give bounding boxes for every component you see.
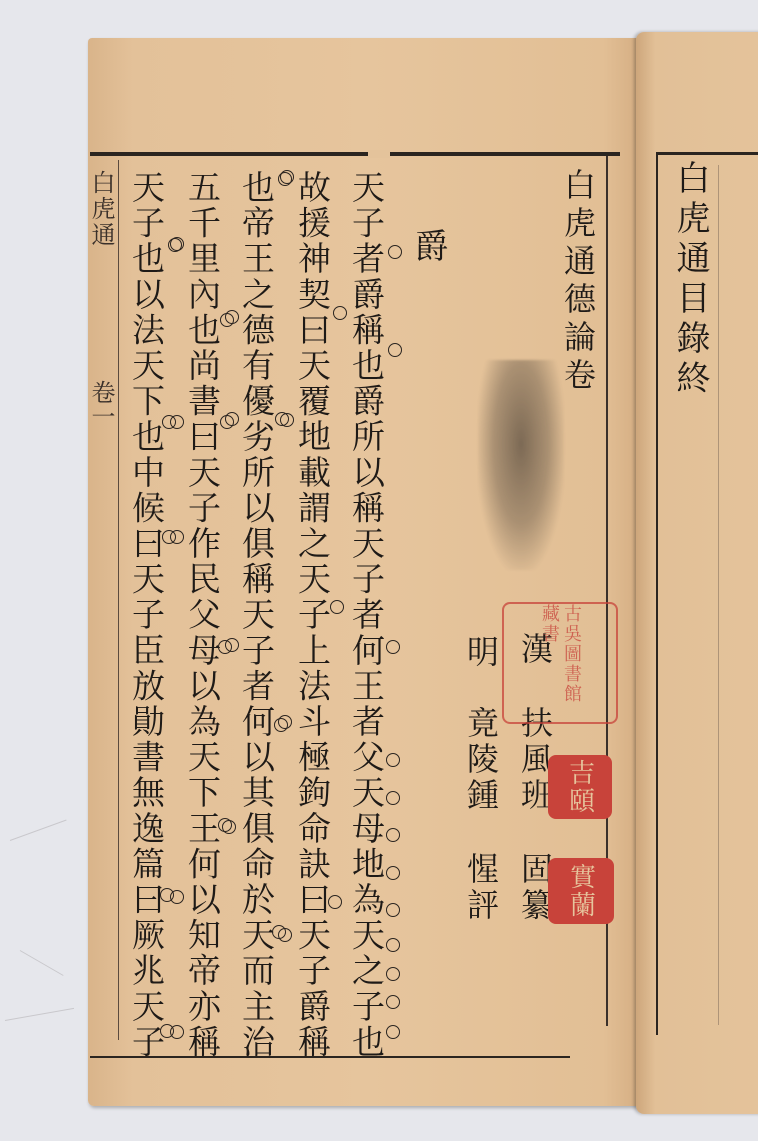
right-page-frame-left	[656, 155, 658, 1035]
seal-shilan: 實蘭	[548, 858, 614, 924]
punctuation-circle	[388, 245, 402, 259]
punctuation-circle	[218, 818, 232, 832]
punctuation-circle	[160, 888, 174, 902]
punctuation-circle	[220, 415, 234, 429]
text-column-3: 也帝王之德有優劣所以俱稱天子者何以其俱命於天而主治	[236, 170, 276, 1060]
frame-inner-left-rule	[118, 160, 119, 1040]
collector-seal-large: 古吳圖書館藏書	[502, 602, 618, 724]
punctuation-circle	[388, 343, 402, 357]
punctuation-circle	[333, 306, 347, 320]
frame-top-gap	[368, 150, 390, 158]
attribution-dynasty-ming: 明	[458, 635, 504, 667]
punctuation-circle	[162, 530, 176, 544]
text-column-1: 天子者爵稱也爵所以稱天子者何王者父天母地為天之子也	[346, 170, 386, 1060]
punctuation-circle	[330, 600, 344, 614]
punctuation-circle	[386, 1025, 400, 1039]
punctuation-circle	[386, 967, 400, 981]
backdrop-scratch	[10, 820, 67, 841]
frame-top-border	[90, 152, 620, 156]
ink-smudge-stamp	[478, 360, 564, 570]
punctuation-circle	[160, 1024, 174, 1038]
punctuation-circle	[386, 903, 400, 917]
punctuation-circle	[386, 995, 400, 1009]
backdrop-scratch	[20, 950, 64, 976]
punctuation-circle	[386, 753, 400, 767]
punctuation-circle	[162, 415, 176, 429]
chapter-title: 白虎通德論卷	[558, 168, 598, 396]
attribution-zhong-xing-commentary: 惺評	[458, 852, 504, 924]
punctuation-circle	[328, 895, 342, 909]
attribution-author-zhong: 竟陵鍾	[458, 706, 504, 814]
punctuation-circle	[272, 925, 286, 939]
text-column-4: 五千里內也尚書曰天子作民父母以為天下王何以知帝亦稱	[182, 170, 222, 1060]
fold-margin-juan: 卷一	[84, 380, 119, 428]
fold-margin-title: 白虎通	[84, 170, 119, 248]
punctuation-circle	[274, 718, 288, 732]
backdrop-scratch	[5, 1008, 74, 1021]
punctuation-circle	[278, 172, 292, 186]
right-page-title: 白虎通目錄終	[666, 160, 715, 400]
right-page-column-rule	[718, 165, 719, 1025]
punctuation-circle	[275, 412, 289, 426]
text-column-5: 天子也以法天下也中候曰天子臣放勛書無逸篇曰厥兆天子	[126, 170, 166, 1060]
punctuation-circle	[386, 791, 400, 805]
seal-jiyi: 吉頤	[548, 755, 612, 819]
punctuation-circle	[220, 313, 234, 327]
punctuation-circle	[218, 640, 232, 654]
punctuation-circle	[386, 866, 400, 880]
punctuation-circle	[386, 640, 400, 654]
text-column-2: 故援神契曰天覆地載謂之天子上法斗極鉤命訣曰天子爵稱	[292, 170, 332, 1060]
right-page-frame-top	[656, 152, 758, 155]
punctuation-circle	[386, 938, 400, 952]
section-heading: 爵	[408, 228, 448, 264]
punctuation-circle	[386, 828, 400, 842]
punctuation-circle	[168, 238, 182, 252]
